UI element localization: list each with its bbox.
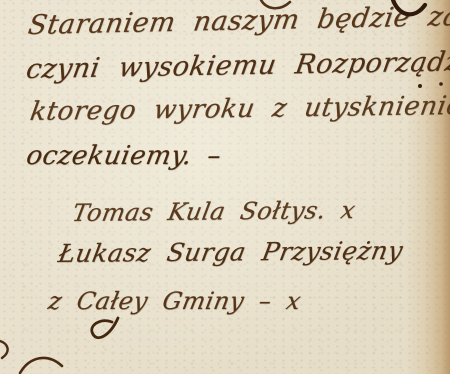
bottom-curve-stroke-icon <box>20 358 62 373</box>
manuscript-line-3: ktorego wyroku z utysknieniem <box>28 91 450 127</box>
ink-dot-icon <box>418 84 422 88</box>
bottom-left-stroke-icon <box>0 341 8 358</box>
signature-flourish-icon <box>92 318 118 338</box>
ink-dot-icon <box>439 82 443 86</box>
signature-line-przysiezny: Łukasz Surga Przysiężny <box>56 236 405 268</box>
manuscript-line-4: oczekuiemy. – <box>24 141 224 171</box>
manuscript-page: Staraniem naszym będzie zadosyc czyni wy… <box>0 0 450 374</box>
manuscript-line-2: czyni wysokiemu Rozporządzeniu <box>24 45 450 85</box>
signature-line-soltys: Tomas Kula Sołtys. x <box>70 196 358 227</box>
manuscript-line-1: Staraniem naszym będzie zadosyc <box>26 0 450 41</box>
signature-line-gmina: z Całey Gminy – x <box>46 287 303 315</box>
